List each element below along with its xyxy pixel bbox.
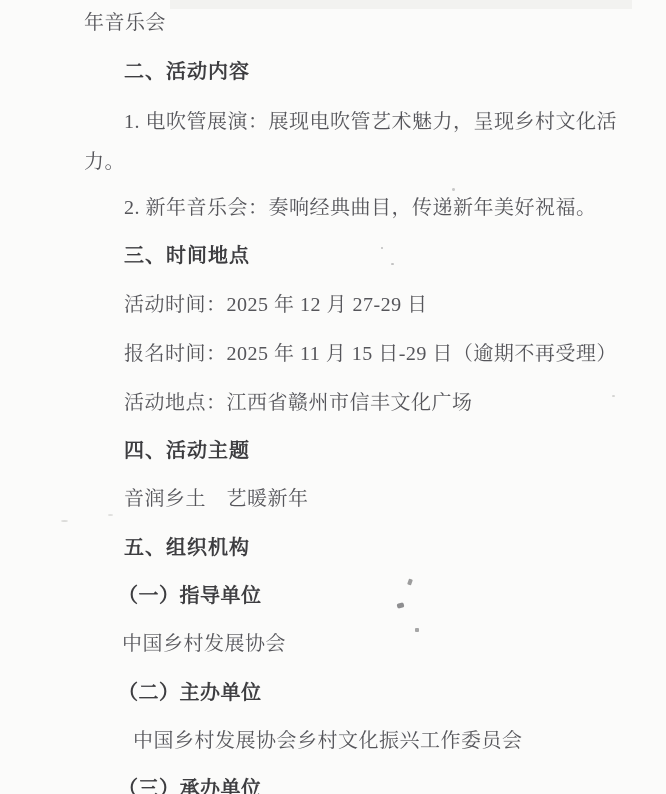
scan-speck [407,578,413,585]
section-heading-activity-content: 二、活动内容 [124,59,250,85]
section-heading-organization: 五、组织机构 [124,535,250,561]
scan-speck [452,188,455,191]
section-heading-theme: 四、活动主题 [124,438,250,464]
paragraph-registration-time: 报名时间：2025 年 11 月 15 日-29 日（逾期不再受理） [124,341,617,367]
scan-speck [108,514,113,516]
paragraph-item-1-line-1: 1. 电吹管展演：展现电吹管艺术魅力，呈现乡村文化活 [124,109,617,135]
sub-heading-host-unit: （二）主办单位 [118,680,262,706]
sub-heading-undertaker-unit: （三）承办单位 [118,776,262,794]
paragraph-org-host: 中国乡村发展协会乡村文化振兴工作委员会 [133,728,523,754]
paragraph-activity-time: 活动时间：2025 年 12 月 27-29 日 [124,292,428,318]
section-heading-time-place: 三、时间地点 [124,243,250,269]
sub-heading-guidance-unit: （一）指导单位 [118,583,262,609]
paragraph-org-guidance: 中国乡村发展协会 [122,631,286,657]
scan-speck [391,263,394,265]
scan-edge-artifact [170,0,632,9]
paragraph-item-1-line-2: 力。 [84,149,125,175]
scan-speck [381,247,383,249]
paragraph-theme: 音润乡土 艺暖新年 [124,486,309,512]
scanned-document-page: 年音乐会 二、活动内容 1. 电吹管展演：展现电吹管艺术魅力，呈现乡村文化活 力… [0,0,666,794]
scan-speck [415,628,419,632]
scan-speck [612,395,615,397]
scan-speck [61,520,68,522]
paragraph-continuation: 年音乐会 [84,10,166,36]
paragraph-item-2: 2. 新年音乐会：奏响经典曲目，传递新年美好祝福。 [124,195,597,221]
paragraph-activity-place: 活动地点：江西省赣州市信丰文化广场 [124,390,473,416]
scan-speck [396,602,404,609]
